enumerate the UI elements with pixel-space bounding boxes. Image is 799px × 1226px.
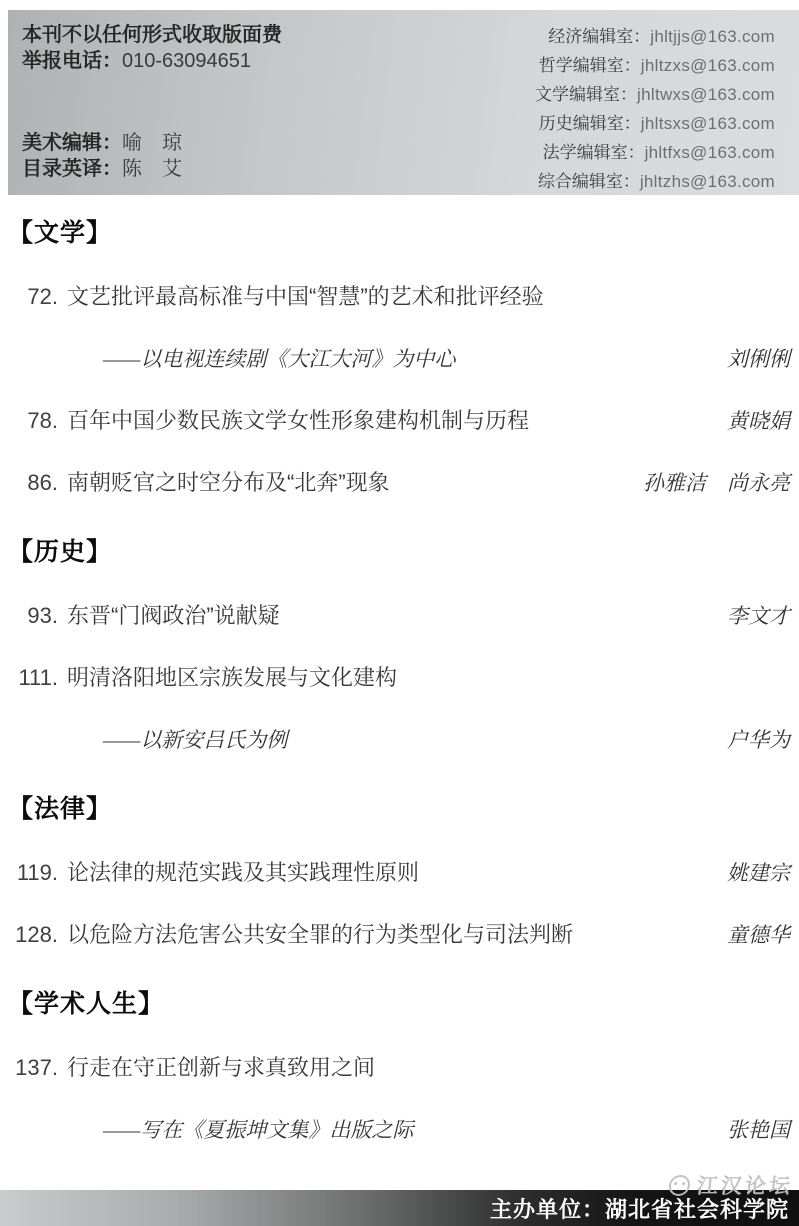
art-editor-name: 喻 琼	[122, 132, 182, 154]
toc-entry: 111.明清洛阳地区宗族发展与文化建构	[8, 665, 790, 691]
entry-title: 文艺批评最高标准与中国“智慧”的艺术和批评经验	[67, 284, 544, 310]
section-heading: 【法律】	[8, 795, 790, 824]
page-number: 72.	[8, 284, 58, 310]
no-fee-notice: 本刊不以任何形式收取版面费	[22, 22, 282, 48]
section-academic-life: 【学术人生】 137.行走在守正创新与求真致用之间 ——写在《夏振坤文集》出版之…	[8, 990, 790, 1143]
entry-authors: 户华为	[707, 727, 790, 753]
toc-entry: 86.南朝贬官之时空分布及“北奔”现象孙雅洁 尚永亮	[8, 470, 790, 496]
toc-entry: 119.论法律的规范实践及其实践理性原则姚建宗	[8, 860, 790, 886]
entry-title: 东晋“门阀政治”说献疑	[67, 603, 280, 629]
entry-authors: 黄晓娟	[707, 408, 790, 434]
email-room-row: 经济编辑室：jhltjjs@163.com	[535, 25, 775, 50]
toc-entry: 78.百年中国少数民族文学女性形象建构机制与历程黄晓娟	[8, 408, 790, 434]
email-room-row: 综合编辑室：jhltzhs@163.com	[535, 170, 775, 195]
toc-entry: 137.行走在守正创新与求真致用之间	[8, 1055, 790, 1081]
page-number: 93.	[8, 603, 58, 629]
header-left-block: 本刊不以任何形式收取版面费 举报电话：010-63094651 美术编辑：喻 琼…	[22, 22, 282, 195]
section-literature: 【文学】 72.文艺批评最高标准与中国“智慧”的艺术和批评经验 ——以电视连续剧…	[8, 219, 790, 496]
entry-authors: 张艳国	[707, 1117, 790, 1143]
email-room-label: 经济编辑室：	[548, 27, 650, 46]
toc-entry-subtitle-row: ——以新安吕氏为例户华为	[8, 727, 790, 753]
email-room-row: 哲学编辑室：jhltzxs@163.com	[535, 54, 775, 79]
report-phone-number: 010-63094651	[122, 50, 251, 72]
header-left-spacer	[22, 74, 282, 130]
email-address: jhltzhs@163.com	[640, 172, 775, 191]
page-number: 119.	[8, 860, 58, 886]
email-room-row: 文学编辑室：jhltwxs@163.com	[535, 83, 775, 108]
watermark-circle-icon	[668, 1175, 691, 1196]
email-address: jhltfxs@163.com	[645, 143, 775, 162]
email-room-label: 文学编辑室：	[535, 85, 637, 104]
journal-toc-page: 本刊不以任何形式收取版面费 举报电话：010-63094651 美术编辑：喻 琼…	[0, 0, 799, 1226]
email-room-label: 哲学编辑室：	[539, 56, 641, 75]
email-room-row: 历史编辑室：jhltsxs@163.com	[535, 112, 775, 137]
entry-title: 明清洛阳地区宗族发展与文化建构	[67, 665, 397, 691]
art-editor-line: 美术编辑：喻 琼	[22, 130, 282, 156]
page-number: 111.	[8, 665, 58, 691]
section-heading: 【文学】	[8, 219, 790, 248]
email-address: jhltwxs@163.com	[637, 85, 775, 104]
entry-authors: 姚建宗	[707, 860, 790, 886]
toc-entry: 72.文艺批评最高标准与中国“智慧”的艺术和批评经验	[8, 284, 790, 310]
art-editor-label: 美术编辑：	[22, 132, 122, 154]
table-of-contents: 【文学】 72.文艺批评最高标准与中国“智慧”的艺术和批评经验 ——以电视连续剧…	[8, 195, 790, 1143]
entry-subtitle: ——以新安吕氏为例	[103, 727, 287, 753]
report-phone-line: 举报电话：010-63094651	[22, 48, 282, 74]
section-heading: 【历史】	[8, 538, 790, 567]
toc-translator-name: 陈 艾	[122, 158, 182, 180]
entry-title: 百年中国少数民族文学女性形象建构机制与历程	[67, 408, 529, 434]
entry-title: 论法律的规范实践及其实践理性原则	[67, 860, 419, 886]
page-number: 128.	[8, 922, 58, 948]
page-number: 137.	[8, 1055, 58, 1081]
header-banner: 本刊不以任何形式收取版面费 举报电话：010-63094651 美术编辑：喻 琼…	[8, 10, 799, 195]
toc-entry: 93.东晋“门阀政治”说献疑李文才	[8, 603, 790, 629]
section-law: 【法律】 119.论法律的规范实践及其实践理性原则姚建宗 128.以危险方法危害…	[8, 795, 790, 948]
toc-entry: 128.以危险方法危害公共安全罪的行为类型化与司法判断童德华	[8, 922, 790, 948]
toc-entry-subtitle-row: ——以电视连续剧《大江大河》为中心刘俐俐	[8, 346, 790, 372]
email-room-row: 法学编辑室：jhltfxs@163.com	[535, 141, 775, 166]
toc-translator-label: 目录英译：	[22, 158, 122, 180]
entry-authors: 童德华	[707, 922, 790, 948]
watermark-text: 江汉论坛	[695, 1170, 794, 1200]
page-number: 78.	[8, 408, 58, 434]
email-address: jhltzxs@163.com	[641, 56, 775, 75]
toc-entry-subtitle-row: ——写在《夏振坤文集》出版之际张艳国	[8, 1117, 790, 1143]
toc-translator-line: 目录英译：陈 艾	[22, 156, 282, 182]
entry-subtitle: ——以电视连续剧《大江大河》为中心	[103, 346, 455, 372]
email-address: jhltsxs@163.com	[641, 114, 775, 133]
entry-title: 南朝贬官之时空分布及“北奔”现象	[67, 470, 390, 496]
section-heading: 【学术人生】	[8, 990, 790, 1019]
entry-title: 行走在守正创新与求真致用之间	[67, 1055, 375, 1081]
email-room-label: 综合编辑室：	[538, 172, 640, 191]
email-address: jhltjjs@163.com	[650, 27, 775, 46]
email-room-label: 法学编辑室：	[543, 143, 645, 162]
section-history: 【历史】 93.东晋“门阀政治”说献疑李文才 111.明清洛阳地区宗族发展与文化…	[8, 538, 790, 753]
entry-authors: 李文才	[707, 603, 790, 629]
page-number: 86.	[8, 470, 58, 496]
entry-title: 以危险方法危害公共安全罪的行为类型化与司法判断	[67, 922, 573, 948]
editorial-emails-block: 经济编辑室：jhltjjs@163.com 哲学编辑室：jhltzxs@163.…	[535, 22, 775, 195]
report-phone-label: 举报电话：	[22, 50, 122, 72]
entry-authors: 刘俐俐	[707, 346, 790, 372]
email-room-label: 历史编辑室：	[539, 114, 641, 133]
watermark-logo: 江汉论坛	[667, 1170, 794, 1200]
entry-subtitle: ——写在《夏振坤文集》出版之际	[103, 1117, 413, 1143]
entry-authors: 孙雅洁 尚永亮	[623, 470, 790, 496]
